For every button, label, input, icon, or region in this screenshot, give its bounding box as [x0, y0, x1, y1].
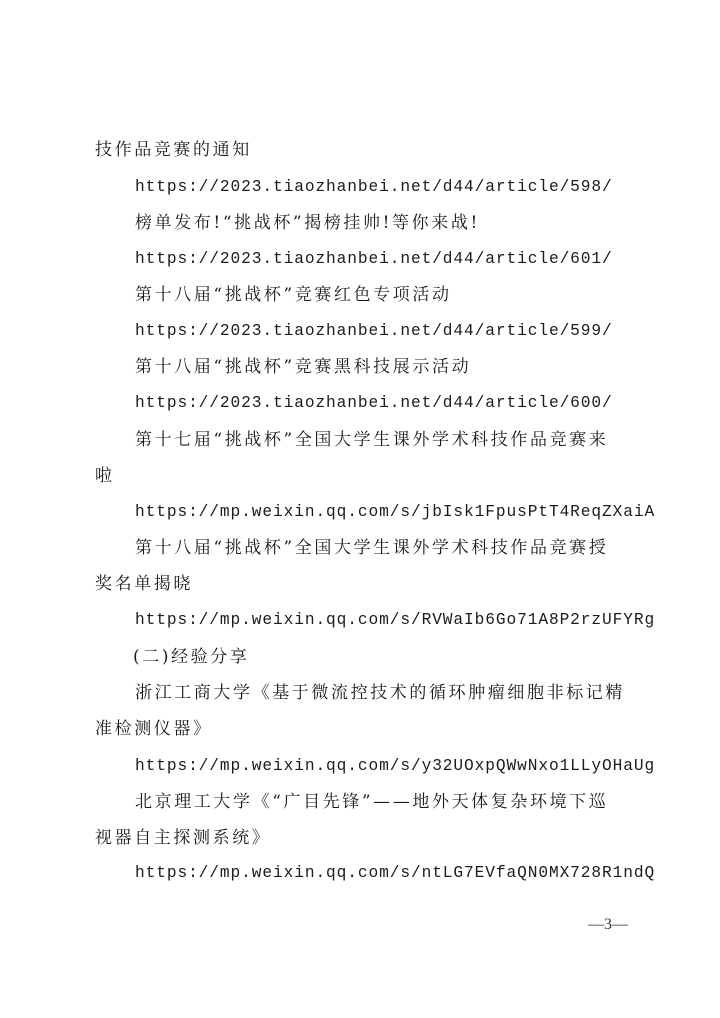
link-title-continuation: 奖名单揭晓	[95, 572, 625, 596]
link-url-text[interactable]: https://2023.tiaozhanbei.net/d44/article…	[135, 250, 613, 268]
link-url[interactable]: https://2023.tiaozhanbei.net/d44/article…	[135, 319, 665, 343]
link-url[interactable]: https://2023.tiaozhanbei.net/d44/article…	[135, 247, 665, 271]
experience-title-continuation: 准检测仪器》	[95, 717, 625, 741]
experience-title: 浙江工商大学《基于微流控技术的循环肿瘤细胞非标记精	[135, 681, 665, 705]
link-title: 第十七届“挑战杯”全国大学生课外学术科技作品竞赛来	[135, 428, 665, 452]
link-url-text[interactable]: https://2023.tiaozhanbei.net/d44/article…	[135, 178, 613, 196]
link-url[interactable]: https://2023.tiaozhanbei.net/d44/article…	[135, 175, 665, 199]
link-title: 第十八届“挑战杯”竞赛红色专项活动	[135, 283, 665, 307]
document-page: 技作品竞赛的通知 https://2023.tiaozhanbei.net/d4…	[0, 0, 720, 1018]
experience-url[interactable]: https://mp.weixin.qq.com/s/ntLG7EVfaQN0M…	[135, 861, 665, 885]
link-url-text[interactable]: https://mp.weixin.qq.com/s/jbIsk1FpusPtT…	[135, 503, 655, 521]
experience-title-continuation: 视器自主探测系统》	[95, 826, 625, 850]
heading-continuation: 技作品竞赛的通知	[95, 138, 625, 162]
link-title: 第十八届“挑战杯”竞赛黑科技展示活动	[135, 355, 665, 379]
link-url-text[interactable]: https://2023.tiaozhanbei.net/d44/article…	[135, 322, 613, 340]
link-title-continuation: 啦	[95, 464, 625, 488]
page-number: —3—	[588, 916, 628, 934]
link-title: 第十八届“挑战杯”全国大学生课外学术科技作品竞赛授	[135, 536, 665, 560]
link-url[interactable]: https://2023.tiaozhanbei.net/d44/article…	[135, 391, 665, 415]
experience-url-text[interactable]: https://mp.weixin.qq.com/s/y32UOxpQWwNxo…	[135, 757, 655, 775]
link-url-text[interactable]: https://mp.weixin.qq.com/s/RVWaIb6Go71A8…	[135, 611, 655, 629]
link-title: 榜单发布!“挑战杯”揭榜挂帅!等你来战!	[135, 211, 665, 235]
experience-title: 北京理工大学《“广目先锋”——地外天体复杂环境下巡	[135, 790, 665, 814]
link-url[interactable]: https://mp.weixin.qq.com/s/RVWaIb6Go71A8…	[135, 608, 665, 632]
link-url[interactable]: https://mp.weixin.qq.com/s/jbIsk1FpusPtT…	[135, 500, 665, 524]
experience-url-text[interactable]: https://mp.weixin.qq.com/s/ntLG7EVfaQN0M…	[135, 864, 655, 882]
link-url-text[interactable]: https://2023.tiaozhanbei.net/d44/article…	[135, 394, 613, 412]
experience-url[interactable]: https://mp.weixin.qq.com/s/y32UOxpQWwNxo…	[135, 754, 665, 778]
section-heading: (二)经验分享	[133, 645, 663, 669]
